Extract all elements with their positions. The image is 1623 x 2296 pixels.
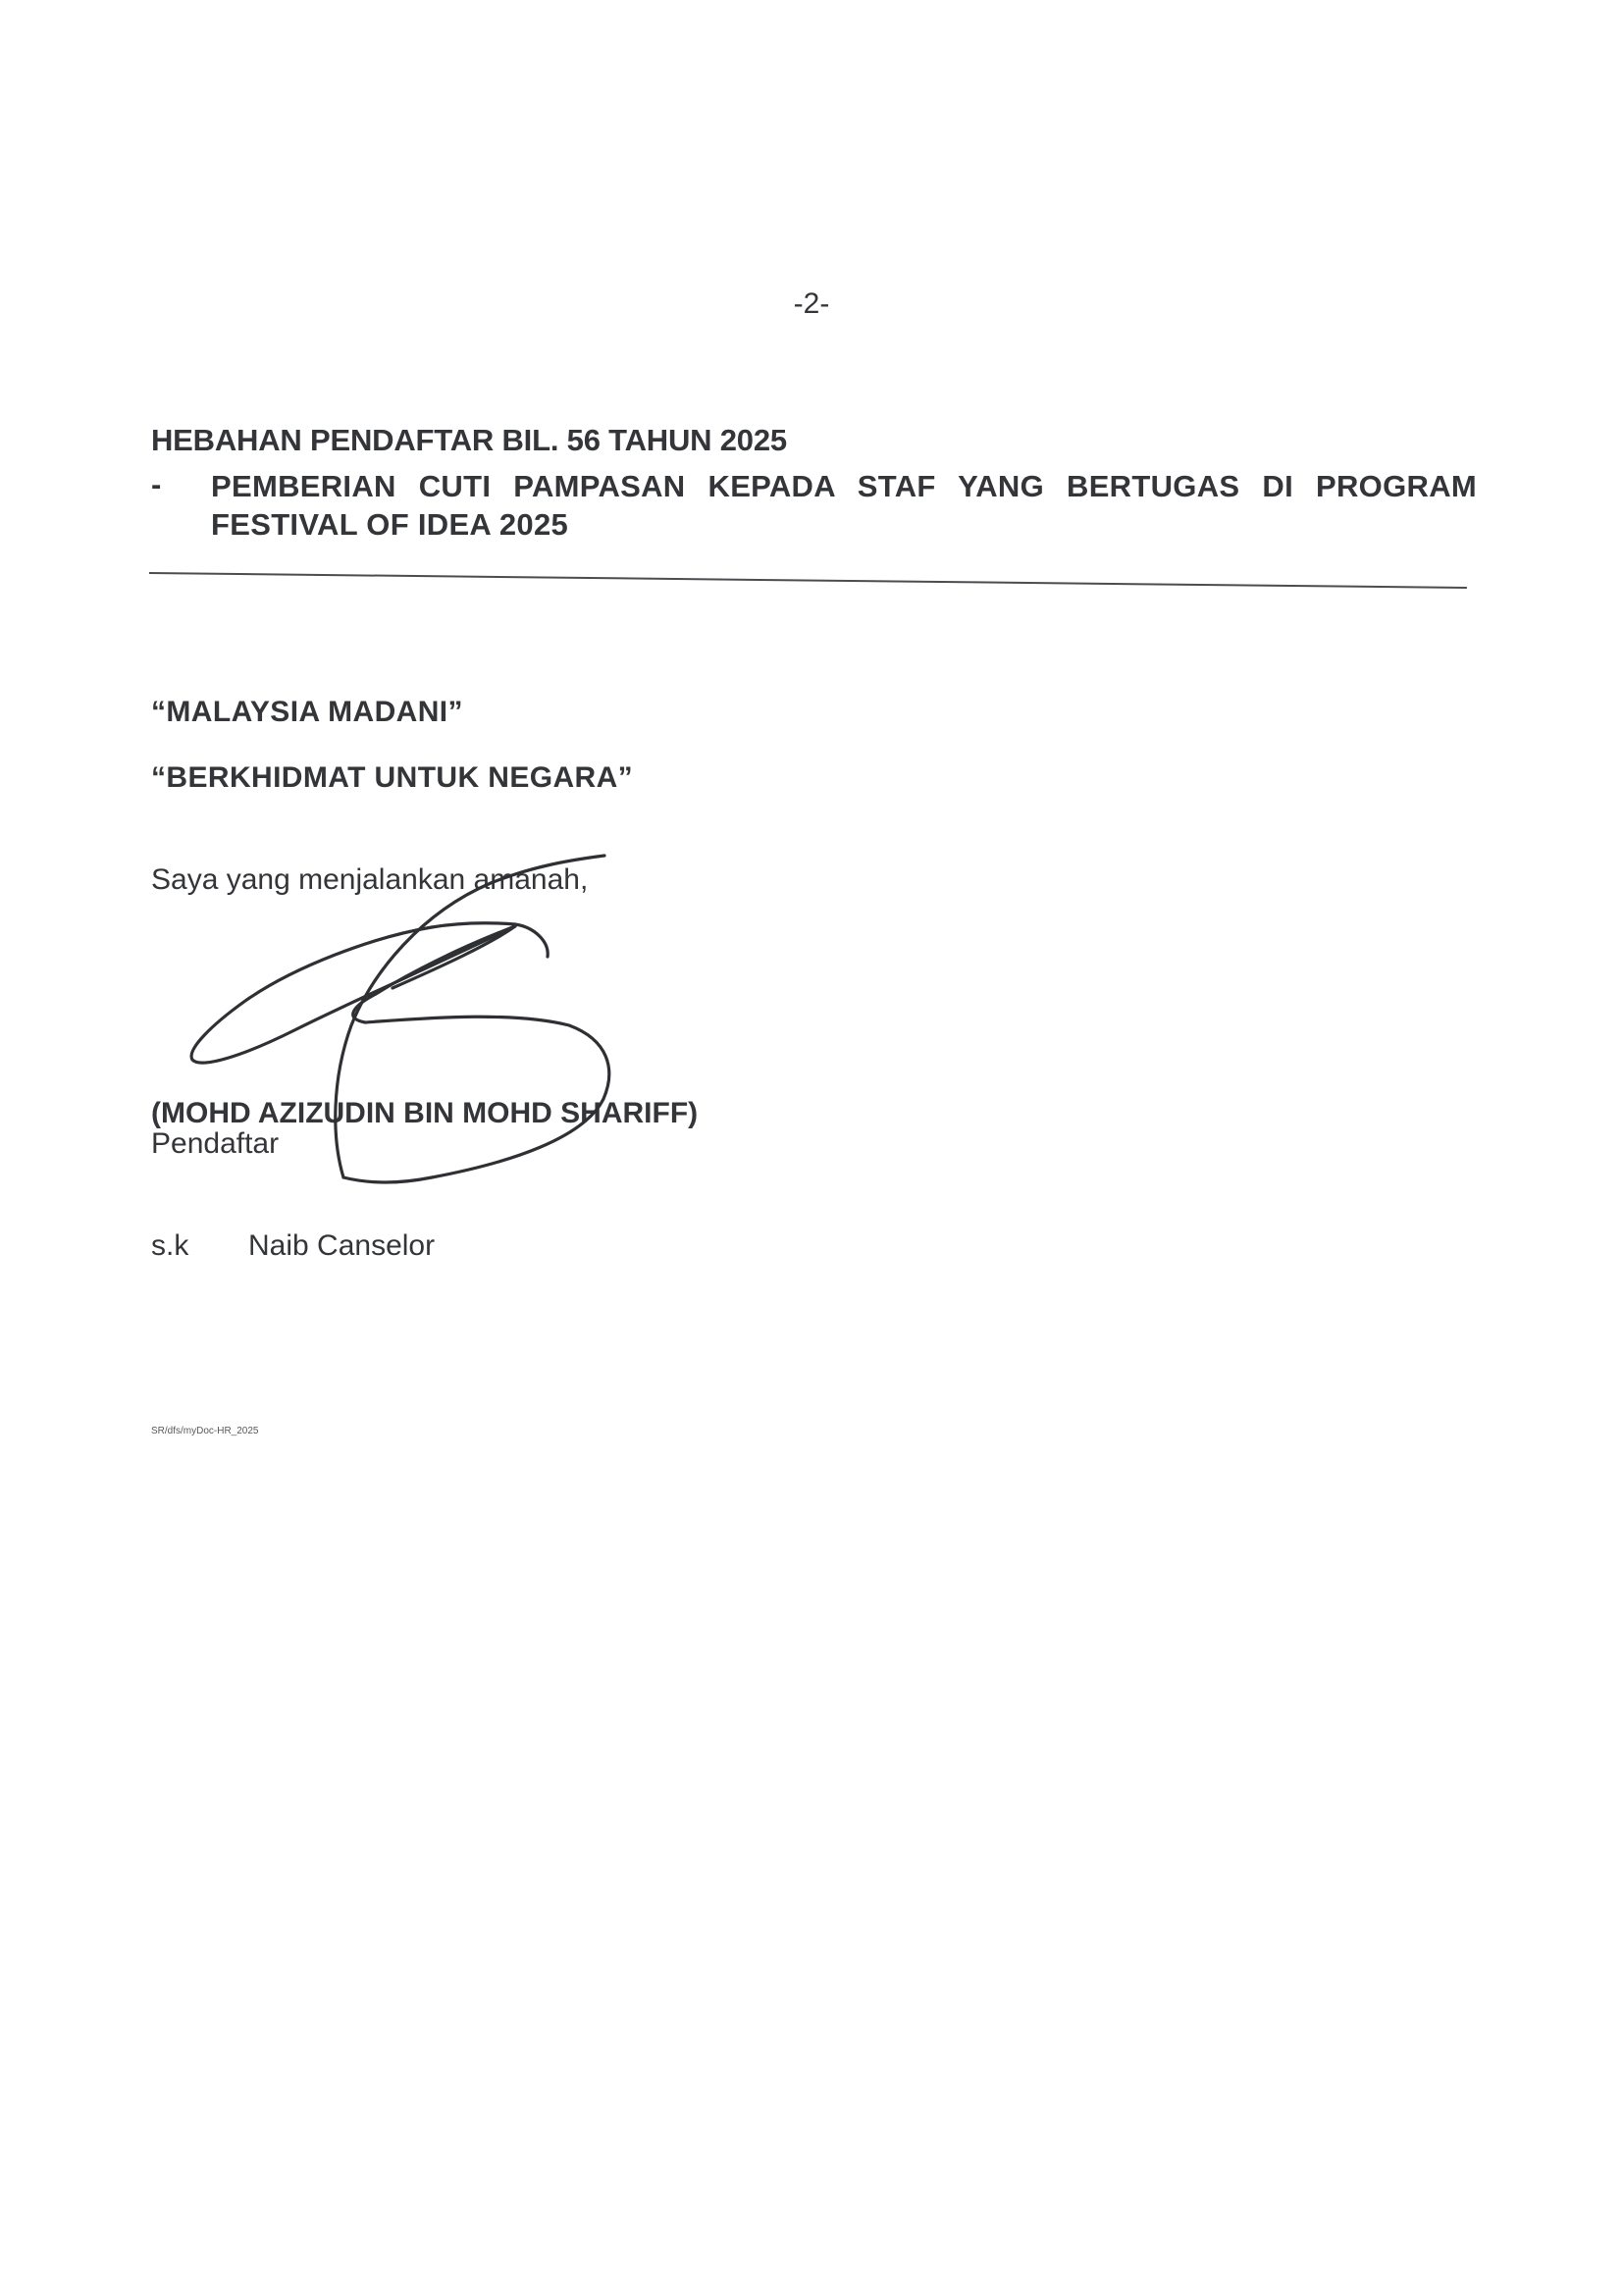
subject-dash: - [151,467,161,502]
page-number: -2- [0,287,1623,321]
subject-description: PEMBERIAN CUTI PAMPASAN KEPADA STAF YANG… [211,467,1477,544]
cc-label: s.k [151,1229,188,1263]
motto-berkhidmat-untuk-negara: “BERKHIDMAT UNTUK NEGARA” [151,761,633,795]
cc-recipient: Naib Canselor [248,1229,435,1263]
signer-name: (MOHD AZIZUDIN BIN MOHD SHARIFF) [151,1097,698,1130]
closing-phrase: Saya yang menjalankan amanah, [151,863,588,897]
motto-malaysia-madani: “MALAYSIA MADANI” [151,696,463,729]
subject-title: HEBAHAN PENDAFTAR BIL. 56 TAHUN 2025 [151,423,787,458]
reference-code: SR/dfs/myDoc-HR_2025 [151,1426,258,1437]
signer-title: Pendaftar [151,1127,279,1161]
divider-line [149,572,1467,589]
